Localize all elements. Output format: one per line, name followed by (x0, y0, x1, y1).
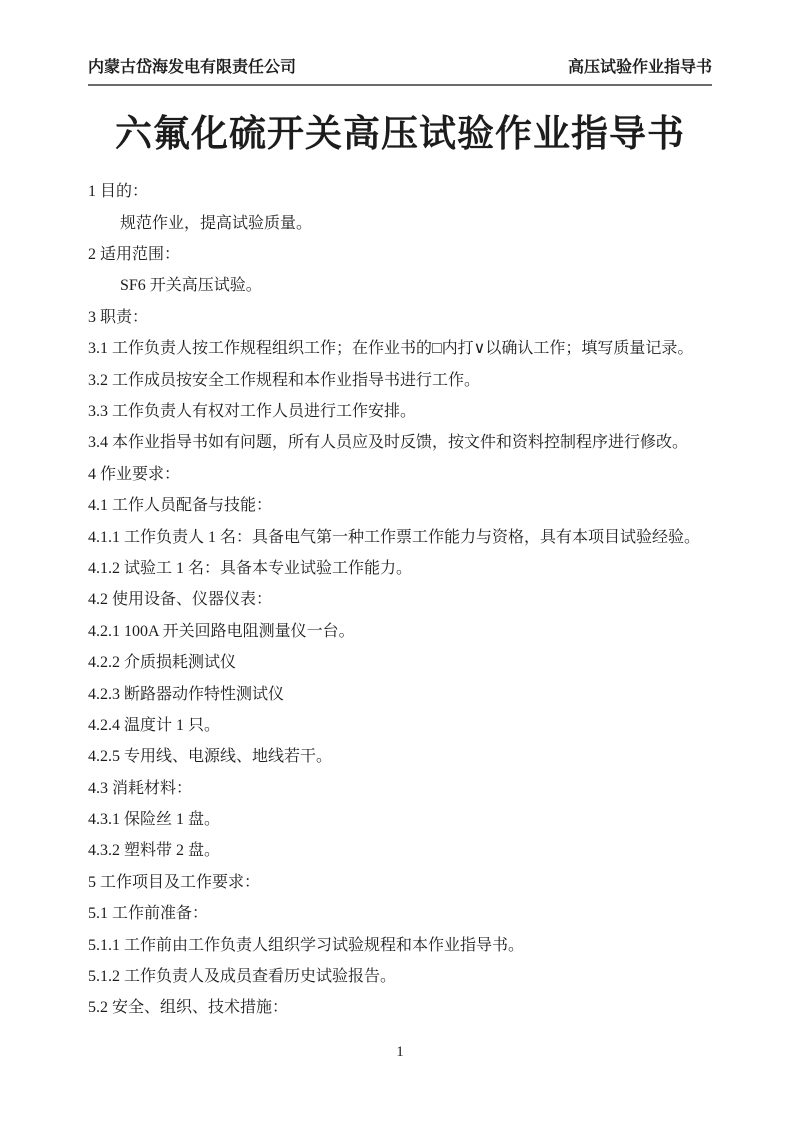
document-line: 4.2.4 温度计 1 只。 (88, 710, 712, 741)
document-line: 2 适用范围： (88, 239, 712, 270)
document-line: 3.3 工作负责人有权对工作人员进行工作安排。 (88, 396, 712, 427)
document-line: 5.1.1 工作前由工作负责人组织学习试验规程和本作业指导书。 (88, 930, 712, 961)
document-line: 3.4 本作业指导书如有问题，所有人员应及时反馈，按文件和资料控制程序进行修改。 (88, 427, 712, 458)
document-line: 5 工作项目及工作要求： (88, 867, 712, 898)
document-line: 4 作业要求： (88, 459, 712, 490)
document-line: 4.3.1 保险丝 1 盘。 (88, 804, 712, 835)
document-line: 5.2 安全、组织、技术措施： (88, 992, 712, 1023)
document-line: 4.2.3 断路器动作特性测试仪 (88, 679, 712, 710)
document-page: 内蒙古岱海发电有限责任公司 高压试验作业指导书 六氟化硫开关高压试验作业指导书 … (0, 0, 800, 1130)
document-line: 4.3.2 塑料带 2 盘。 (88, 835, 712, 866)
page-title: 六氟化硫开关高压试验作业指导书 (70, 112, 730, 158)
document-line: 4.1 工作人员配备与技能： (88, 490, 712, 521)
document-line: 4.1.2 试验工 1 名：具备本专业试验工作能力。 (88, 553, 712, 584)
page-number: 1 (0, 1044, 800, 1061)
document-line: 4.1.1 工作负责人 1 名：具备电气第一种工作票工作能力与资格，具有本项目试… (88, 522, 712, 553)
document-line: 4.2.1 100A 开关回路电阻测量仪一台。 (88, 616, 712, 647)
document-line: 1 目的： (88, 176, 712, 207)
document-line: 5.1.2 工作负责人及成员查看历史试验报告。 (88, 961, 712, 992)
document-line: 4.2 使用设备、仪器仪表： (88, 584, 712, 615)
page-header: 内蒙古岱海发电有限责任公司 高压试验作业指导书 (88, 54, 712, 86)
document-line: 4.3 消耗材料： (88, 773, 712, 804)
header-company-name: 内蒙古岱海发电有限责任公司 (88, 54, 296, 77)
document-body: 1 目的：规范作业，提高试验质量。2 适用范围：SF6 开关高压试验。3 职责：… (88, 176, 712, 1024)
document-line: SF6 开关高压试验。 (88, 270, 712, 301)
document-line: 4.2.5 专用线、电源线、地线若干。 (88, 741, 712, 772)
document-line: 4.2.2 介质损耗测试仪 (88, 647, 712, 678)
document-line: 5.1 工作前准备： (88, 898, 712, 929)
document-line: 3.2 工作成员按安全工作规程和本作业指导书进行工作。 (88, 365, 712, 396)
header-document-type: 高压试验作业指导书 (568, 54, 712, 77)
document-line: 规范作业，提高试验质量。 (88, 208, 712, 239)
document-line: 3 职责： (88, 302, 712, 333)
document-line: 3.1 工作负责人按工作规程组织工作；在作业书的□内打∨以确认工作；填写质量记录… (88, 333, 712, 364)
